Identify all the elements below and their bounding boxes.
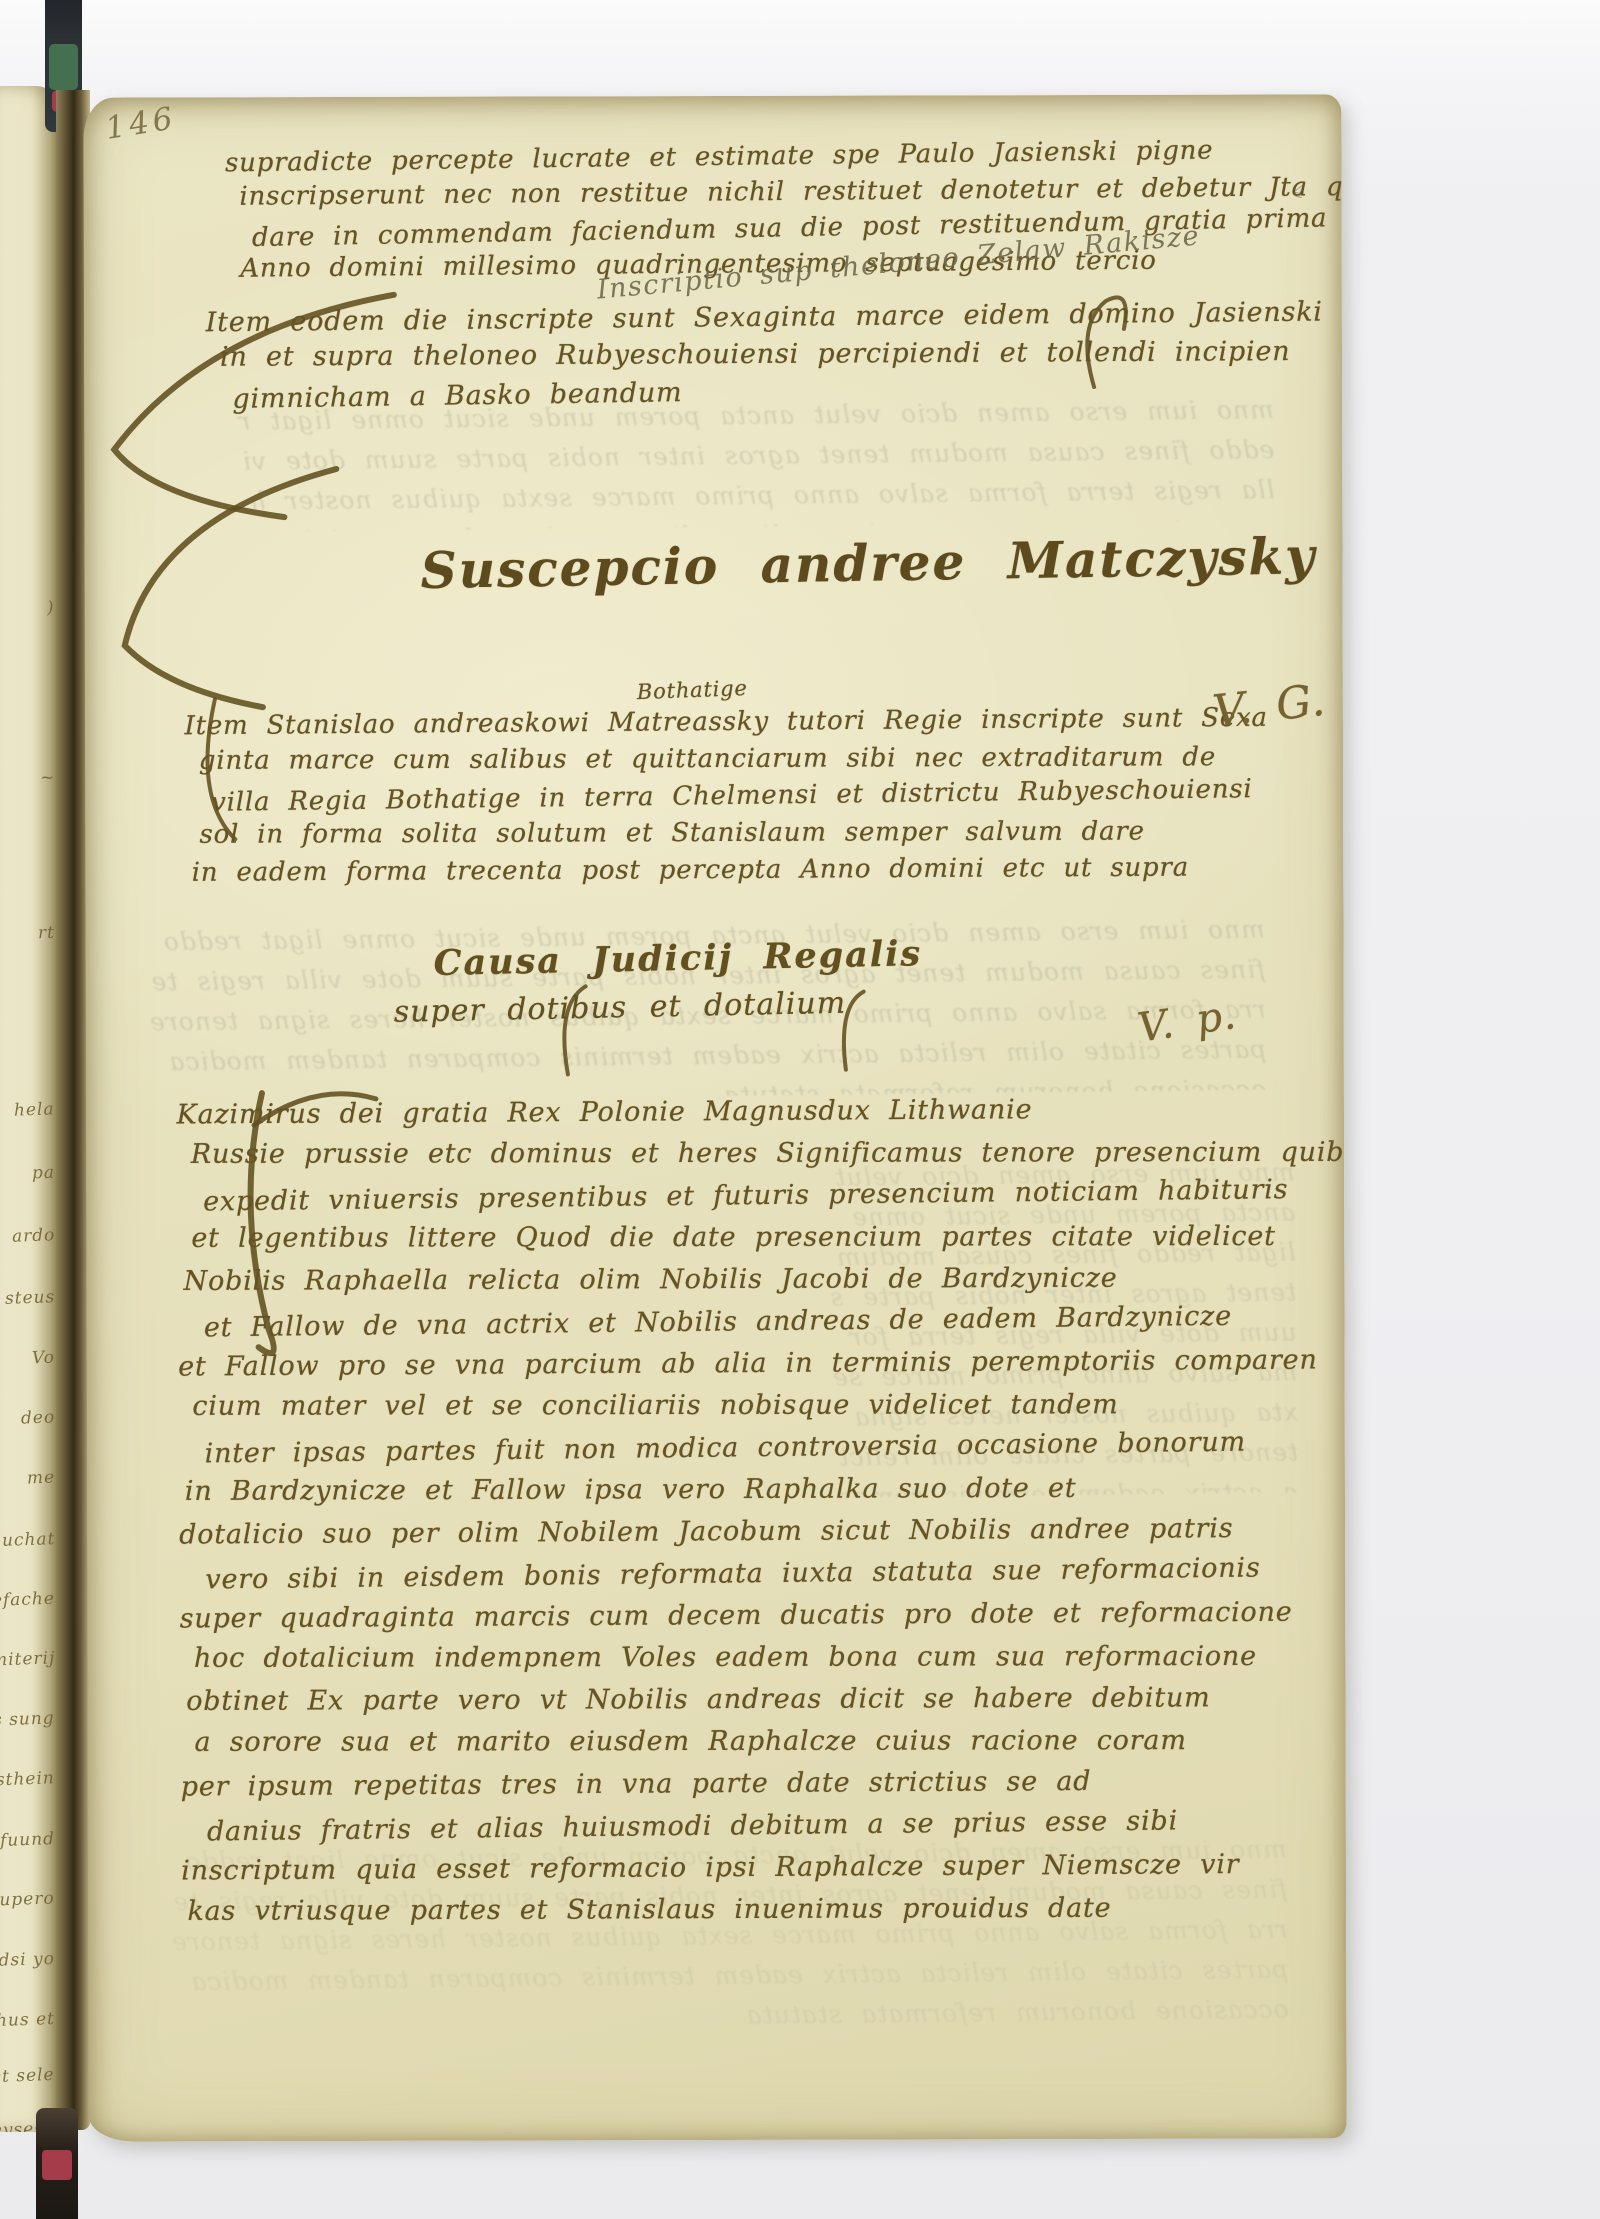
- facing-page-text-fragment: uchat: [1, 1529, 55, 1551]
- facing-page-text-fragment: ~: [39, 768, 55, 789]
- facing-page-text-fragment: rt: [38, 923, 56, 944]
- manuscript-line: expedit vniuersis presentibus et futuris…: [203, 1168, 1347, 1223]
- facing-page-text-fragment: te rupero: [0, 1888, 55, 1911]
- entry-3: Item Stanislao andreaskowi Matreassky tu…: [184, 700, 1269, 894]
- entry-2: Item eodem die inscripte sunt Sexaginta …: [205, 294, 1323, 416]
- manuscript-line: Russie prussie etc dominus et heres Sign…: [191, 1132, 1347, 1176]
- facing-page-text-fragment: Vo: [32, 1348, 56, 1369]
- manuscript-line: sol in forma solita solutum et Stanislau…: [199, 813, 1268, 854]
- manuscript-line: a sorore sua et marito eiusdem Raphalcze…: [194, 1720, 1346, 1764]
- manuscript-line: Kazimirus dei gratia Rex Polonie Magnusd…: [176, 1087, 1346, 1136]
- headband-green-thread: [49, 44, 78, 90]
- manuscript-page: mno ium erso amen dcio velut ancta porem…: [83, 94, 1346, 2141]
- facing-page-text-fragment: ardo: [11, 1225, 55, 1247]
- section-heading: Suscepcio andree Matczysky: [420, 526, 1317, 600]
- facing-page-text-fragment: me: [26, 1468, 55, 1489]
- facing-page-text-fragment: thos sung: [0, 1708, 55, 1731]
- facing-page-text-fragment: ademiterij: [0, 1648, 55, 1671]
- facing-page-text-fragment: ): [47, 598, 55, 618]
- spine-tailband: [36, 2108, 78, 2219]
- facing-page-edge: )~rthelapaardosteusVodeomeuchatdefachead…: [0, 86, 58, 2132]
- facing-page-text-fragment: hus et: [0, 2009, 55, 2031]
- facing-page-text-fragment: steus: [4, 1287, 55, 1309]
- royal-charter-entry: Kazimirus dei gratia Rex Polonie Magnusd…: [176, 1087, 1346, 1934]
- facing-page-text-fragment: hela: [14, 1099, 55, 1120]
- manuscript-line: in Bardzynicze et Fallow ipsa vero Rapha…: [185, 1467, 1347, 1513]
- manuscript-line: Item Stanislao andreaskowi Matreassky tu…: [184, 700, 1267, 746]
- tailband-red-thread: [42, 2150, 72, 2180]
- facing-page-text-fragment: deo: [20, 1407, 55, 1428]
- facing-page-text-fragment: ydsi yo: [0, 1949, 55, 1971]
- folio-number: 146: [103, 100, 179, 147]
- manuscript-line: super quadraginta marcis cum decem ducat…: [180, 1591, 1347, 1640]
- margin-annotation-vg: V. G.: [1211, 675, 1328, 738]
- facing-page-text-fragment: defache: [0, 1589, 55, 1612]
- facing-page-text-fragment: fuund: [0, 1829, 55, 1851]
- manuscript-line: et legentibus littere Quod die date pres…: [191, 1216, 1346, 1260]
- facing-page-text-fragment: pa: [32, 1163, 56, 1184]
- manuscript-line: cium mater vel et se conciliariis nobisq…: [192, 1384, 1346, 1428]
- interlinear-note: Bothatige: [636, 676, 748, 704]
- manuscript-line: hoc dotalicium indempnem Voles eadem bon…: [194, 1636, 1347, 1680]
- facing-page-text-fragment: et sele: [0, 2065, 55, 2087]
- facing-page-text-fragment: gmpsthein: [0, 1768, 55, 1791]
- manuscript-line: in eadem forma trecenta post percepta An…: [192, 849, 1269, 892]
- scan-background: )~rthelapaardosteusVodeomeuchatdefachead…: [0, 0, 1600, 2219]
- manuscript-line: inscriptum quia esset reformacio ipsi Ra…: [181, 1843, 1347, 1892]
- manuscript-line: kas vtriusque partes et Stanislaus inuen…: [187, 1887, 1346, 1933]
- manuscript-line: et Fallow pro se vna parcium ab alia in …: [178, 1339, 1347, 1388]
- manuscript-line: obtinet Ex parte vero vt Nobilis andreas…: [186, 1677, 1347, 1723]
